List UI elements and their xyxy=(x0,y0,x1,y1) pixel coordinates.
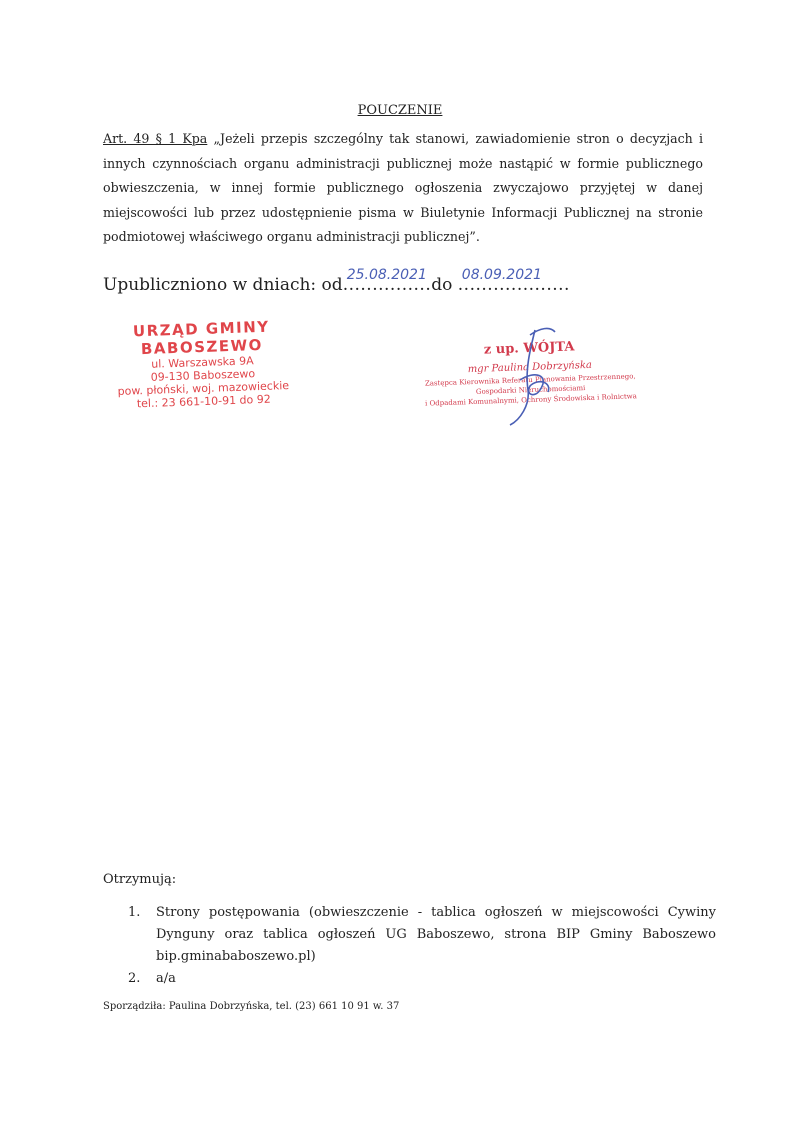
to-date-field: ...................08.09.2021 xyxy=(458,275,570,295)
list-item: 1. Strony postępowania (obwieszczenie - … xyxy=(128,902,716,968)
recipients-list: 1. Strony postępowania (obwieszczenie - … xyxy=(128,902,716,990)
office-stamp: URZĄD GMINY BABOSZEWO ul. Warszawska 9A … xyxy=(99,316,307,411)
from-date-handwritten: 25.08.2021 xyxy=(347,267,427,283)
legal-notice-paragraph: Art. 49 § 1 Kpa „Jeżeli przepis szczegól… xyxy=(103,127,703,250)
document-title: POUCZENIE xyxy=(0,103,800,118)
legal-text: „Jeżeli przepis szczególny tak stanowi, … xyxy=(103,131,703,244)
to-date-handwritten: 08.09.2021 xyxy=(462,267,542,283)
publication-dates: Upubliczniono w dniach: od..............… xyxy=(103,275,570,295)
list-item: 2. a/a xyxy=(128,968,716,990)
from-date-field: ...............25.08.2021 xyxy=(343,275,432,295)
legal-reference: Art. 49 § 1 Kpa xyxy=(103,131,207,146)
to-label: do xyxy=(431,275,452,295)
publication-label: Upubliczniono w dniach: od xyxy=(103,275,343,295)
prepared-by: Sporządziła: Paulina Dobrzyńska, tel. (2… xyxy=(103,1001,399,1012)
recipients-label: Otrzymują: xyxy=(103,872,176,887)
handwritten-signature-icon xyxy=(480,320,610,430)
